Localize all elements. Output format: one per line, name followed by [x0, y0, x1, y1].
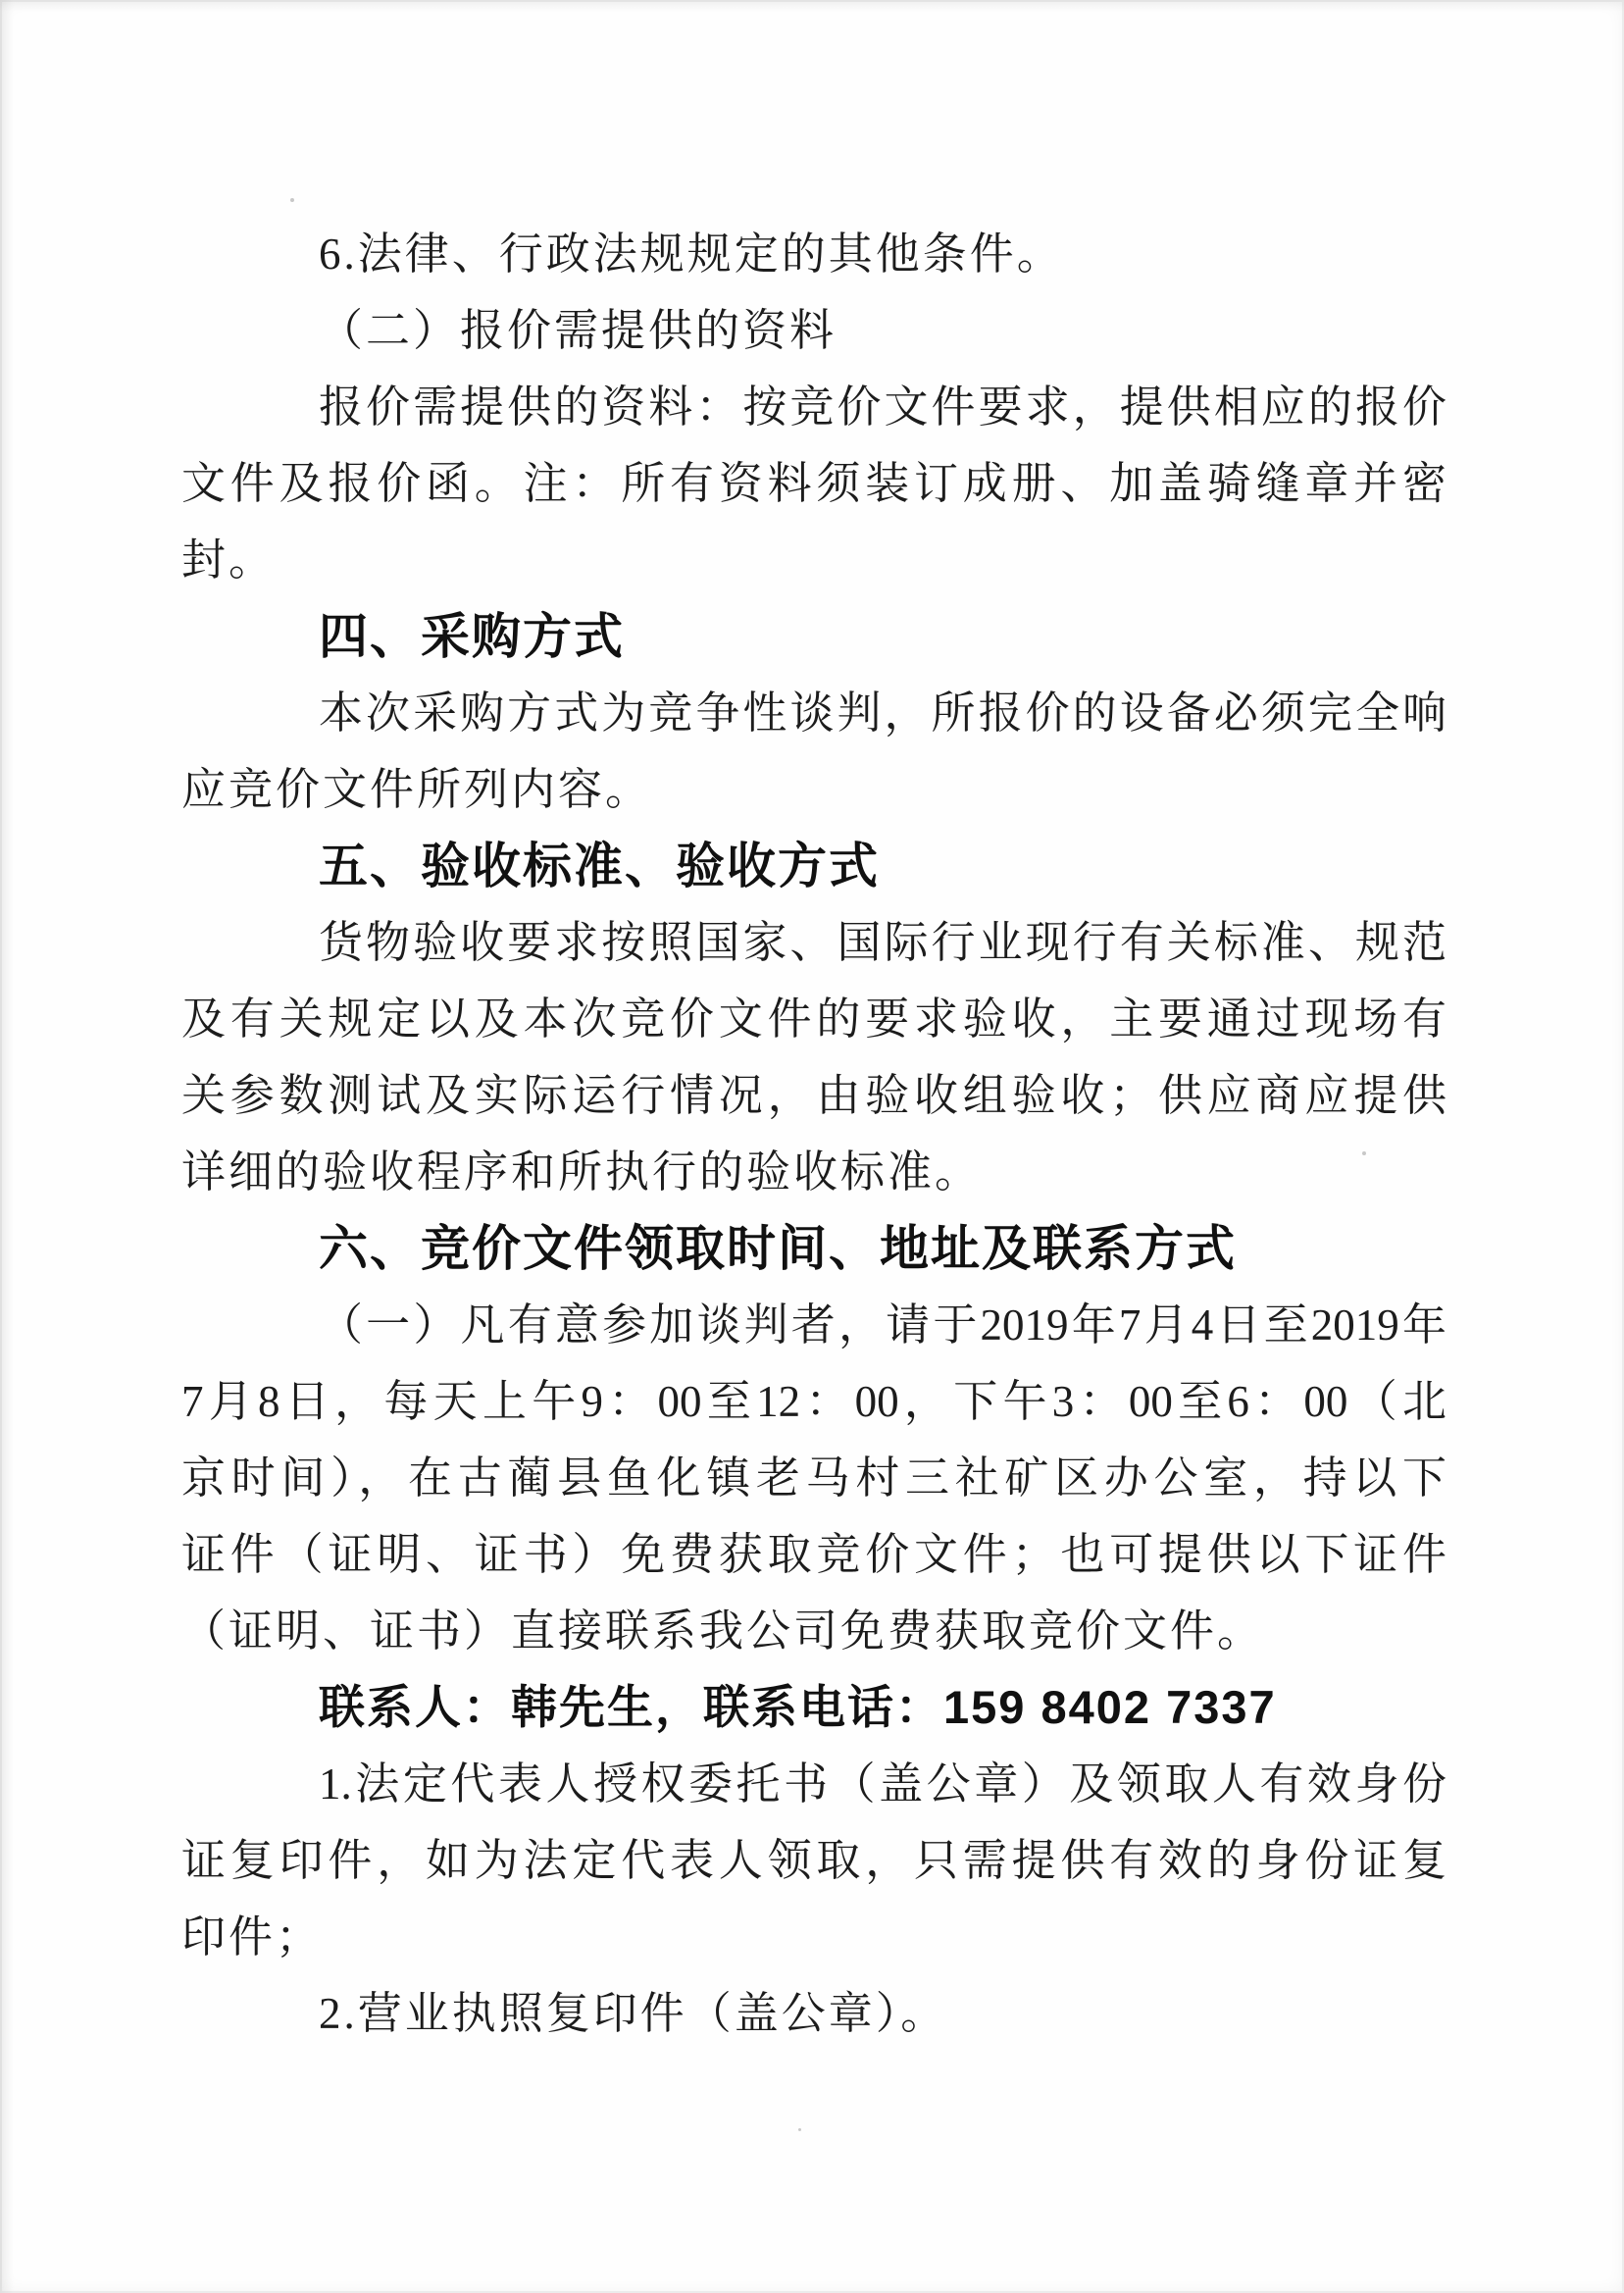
text-line: 报价需提供的资料：按竞价文件要求，提供相应的报价	[181, 369, 1446, 445]
text-line: 应竞价文件所列内容。	[181, 751, 1446, 828]
text-line: 2.营业执照复印件（盖公章）。	[181, 1975, 1446, 2052]
text-line: 京时间），在古蔺县鱼化镇老马村三社矿区办公室，持以下	[181, 1440, 1446, 1516]
text-line: 本次采购方式为竞争性谈判，所报价的设备必须完全响	[181, 675, 1446, 751]
text-line: 及有关规定以及本次竞价文件的要求验收，主要通过现场有	[181, 981, 1446, 1057]
text-line: 文件及报价函。注：所有资料须装订成册、加盖骑缝章并密	[181, 445, 1446, 522]
section-heading: 四、采购方式	[181, 598, 1446, 675]
document-content: 6.法律、行政法规规定的其他条件。（二）报价需提供的资料报价需提供的资料：按竞价…	[181, 216, 1446, 2052]
section-heading: 六、竞价文件领取时间、地址及联系方式	[181, 1210, 1446, 1287]
text-line: 印件；	[181, 1899, 1446, 1975]
text-line: （一）凡有意参加谈判者，请于2019年7月4日至2019年	[181, 1287, 1446, 1363]
text-line: 详细的验收程序和所执行的验收标准。	[181, 1134, 1446, 1210]
scan-speck	[798, 2128, 801, 2131]
section-heading: 五、验收标准、验收方式	[181, 828, 1446, 904]
text-line: 货物验收要求按照国家、国际行业现行有关标准、规范	[181, 904, 1446, 981]
document-page: 6.法律、行政法规规定的其他条件。（二）报价需提供的资料报价需提供的资料：按竞价…	[0, 0, 1624, 2293]
text-line: 证复印件，如为法定代表人领取，只需提供有效的身份证复	[181, 1822, 1446, 1899]
text-line: 关参数测试及实际运行情况，由验收组验收；供应商应提供	[181, 1057, 1446, 1134]
text-line: 封。	[181, 522, 1446, 598]
scan-speck	[1362, 1151, 1366, 1155]
text-line: 6.法律、行政法规规定的其他条件。	[181, 216, 1446, 292]
text-line: （证明、证书）直接联系我公司免费获取竞价文件。	[181, 1593, 1446, 1669]
text-line: 1.法定代表人授权委托书（盖公章）及领取人有效身份	[181, 1746, 1446, 1822]
text-line: （二）报价需提供的资料	[181, 292, 1446, 369]
text-line: 7月8日，每天上午9：00至12：00，下午3：00至6：00（北	[181, 1363, 1446, 1440]
text-line: 联系人：韩先生，联系电话：159 8402 7337	[181, 1669, 1446, 1746]
text-line: 证件（证明、证书）免费获取竞价文件；也可提供以下证件	[181, 1516, 1446, 1593]
scan-speck	[290, 198, 294, 202]
